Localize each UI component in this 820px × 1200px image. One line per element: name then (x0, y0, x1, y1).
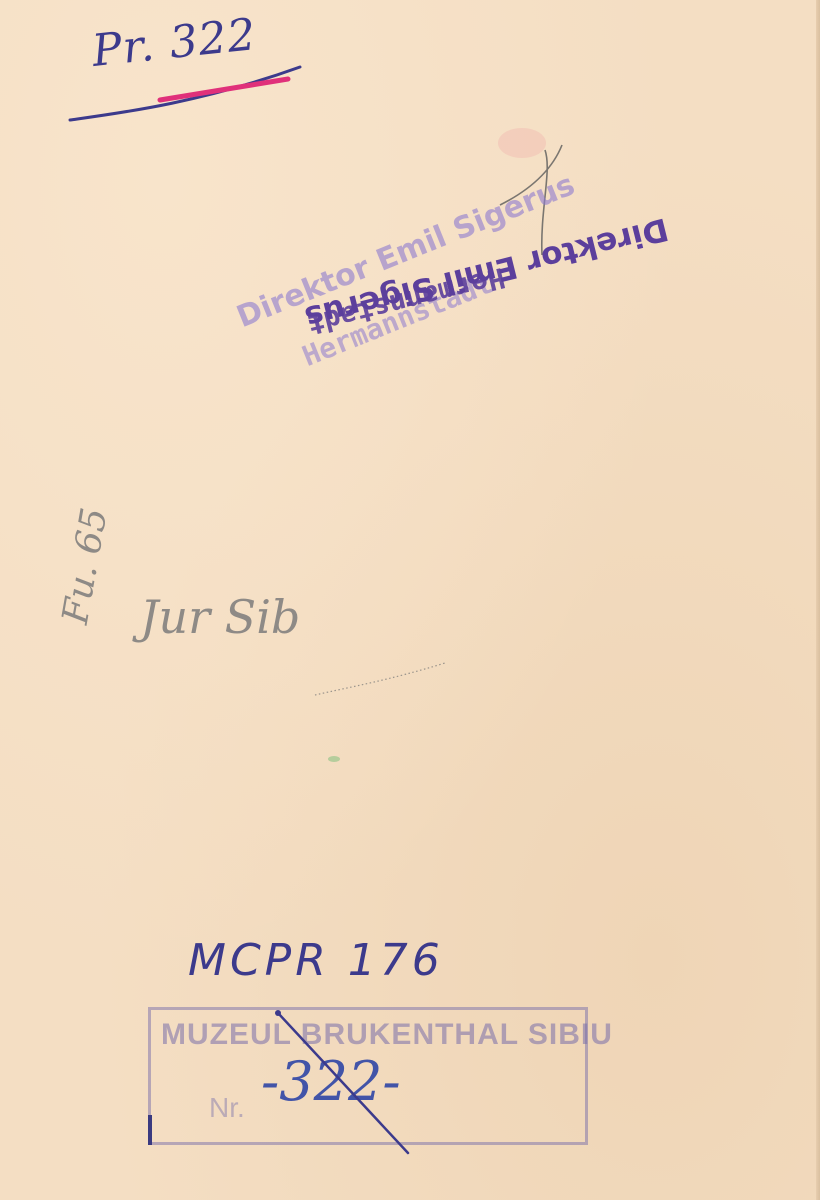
inventory-code: MCPR 176 (188, 935, 444, 986)
pencil-note: Jur Sib (140, 590, 300, 644)
museum-stamp-no-label: Nr. (209, 1092, 245, 1124)
paper-edge (816, 0, 820, 1200)
stamp-ink-mark (148, 1115, 152, 1145)
underline-flourish (60, 55, 320, 135)
green-speck (328, 756, 340, 762)
dotted-trace (310, 655, 450, 710)
strike-through-line (270, 1005, 420, 1160)
